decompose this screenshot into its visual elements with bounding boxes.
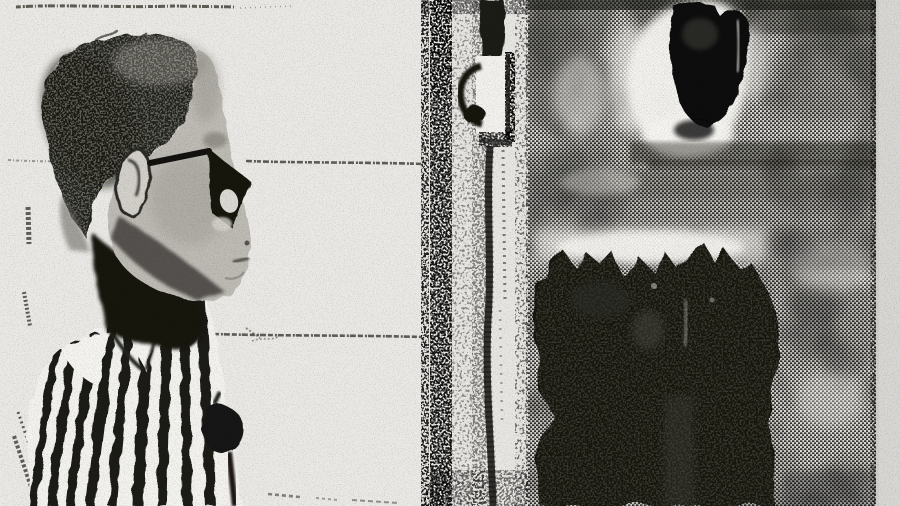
photo-canvas — [0, 0, 900, 506]
newspaper-photo — [0, 0, 900, 506]
newsprint-grain-overlay — [0, 0, 900, 506]
